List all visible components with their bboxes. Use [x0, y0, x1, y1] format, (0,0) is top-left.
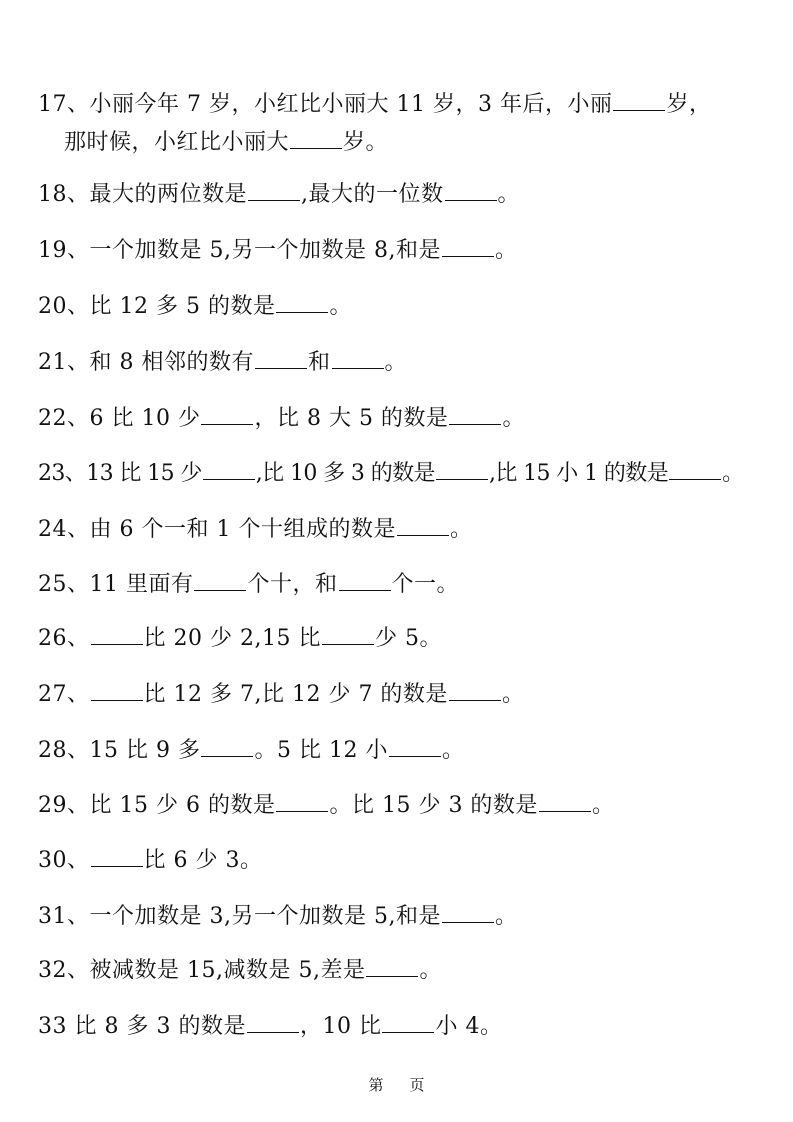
answer-blank[interactable]: [91, 622, 143, 645]
question-text: 。: [495, 238, 518, 263]
question-text: 27、: [38, 682, 90, 707]
question-text: 25、11 里面有: [38, 572, 193, 597]
question-text: 17、小丽今年 7 岁，小红比小丽大 11 岁，3 年后，小丽: [38, 92, 612, 117]
question-31: 31、一个加数是 3,另一个加数是 5,和是。: [38, 900, 517, 932]
answer-blank[interactable]: [539, 789, 591, 812]
question-text: 31、一个加数是 3,另一个加数是 5,和是: [38, 904, 441, 929]
question-22: 22、6 比 10 少，比 8 大 5 的数是。: [38, 402, 525, 434]
question-text: 。: [502, 406, 525, 431]
question-text: 。: [722, 461, 743, 486]
question-text: 小 4。: [435, 1014, 502, 1039]
answer-blank[interactable]: [449, 678, 501, 701]
answer-blank[interactable]: [322, 622, 374, 645]
question-30: 30、比 6 少 3。: [38, 844, 262, 876]
answer-blank[interactable]: [194, 568, 246, 591]
answer-blank[interactable]: [255, 346, 307, 369]
question-text: 33 比 8 多 3 的数是: [38, 1014, 246, 1039]
question-text: 29、比 15 少 6 的数是: [38, 793, 275, 818]
answer-blank[interactable]: [669, 457, 721, 480]
question-29: 29、比 15 少 6 的数是。比 15 少 3 的数是。: [38, 789, 614, 821]
question-text: 26、: [38, 626, 90, 651]
question-26: 26、比 20 少 2,15 比少 5。: [38, 622, 442, 654]
question-text: 22、6 比 10 少: [38, 406, 200, 431]
answer-blank[interactable]: [442, 234, 494, 257]
question-text: 21、和 8 相邻的数有: [38, 350, 254, 375]
question-text: 那时候，小红比小丽大: [64, 130, 289, 155]
question-23: 23、13 比 15 少,比 10 多 3 的数是,比 15 小 1 的数是。: [38, 457, 744, 489]
question-text: 个一。: [392, 572, 460, 597]
answer-blank[interactable]: [389, 734, 441, 757]
question-text: ,比 10 多 3 的数是: [256, 461, 435, 486]
question-18: 18、最大的两位数是,最大的一位数。: [38, 178, 520, 210]
answer-blank[interactable]: [276, 789, 328, 812]
question-text: 岁。: [343, 130, 388, 155]
answer-blank[interactable]: [397, 513, 449, 536]
question-19: 19、一个加数是 5,另一个加数是 8,和是。: [38, 234, 517, 266]
question-text: 。: [419, 958, 442, 983]
question-text: 18、最大的两位数是: [38, 182, 247, 207]
question-text: 比 6 少 3。: [144, 848, 263, 873]
answer-blank[interactable]: [613, 88, 665, 111]
answer-blank[interactable]: [91, 678, 143, 701]
question-21: 21、和 8 相邻的数有和。: [38, 346, 407, 378]
answer-blank[interactable]: [449, 402, 501, 425]
answer-blank[interactable]: [91, 844, 143, 867]
question-27: 27、比 12 多 7,比 12 少 7 的数是。: [38, 678, 524, 710]
question-text: 30、: [38, 848, 90, 873]
question-text: 比 12 多 7,比 12 少 7 的数是: [144, 682, 448, 707]
question-text: 。: [385, 350, 408, 375]
answer-blank[interactable]: [247, 1010, 299, 1033]
answer-blank[interactable]: [366, 954, 418, 977]
answer-blank[interactable]: [332, 346, 384, 369]
page-label-prefix: 第: [368, 1076, 383, 1094]
question-text: 20、比 12 多 5 的数是: [38, 294, 275, 319]
question-text: 个十，和: [247, 572, 337, 597]
question-20: 20、比 12 多 5 的数是。: [38, 290, 352, 322]
answer-blank[interactable]: [276, 290, 328, 313]
question-text: ,最大的一位数: [301, 182, 444, 207]
answer-blank[interactable]: [201, 402, 253, 425]
question-text: ，10 比: [300, 1014, 382, 1039]
question-text: ，比 8 大 5 的数是: [254, 406, 448, 431]
question-text: 28、15 比 9 多: [38, 738, 200, 763]
question-text: 。: [442, 738, 465, 763]
question-32: 32、被减数是 15,减数是 5,差是。: [38, 954, 442, 986]
question-text: 24、由 6 个一和 1 个十组成的数是: [38, 517, 396, 542]
answer-blank[interactable]: [248, 178, 300, 201]
question-text: 23、13 比 15 少: [38, 461, 202, 486]
question-text: 。比 15 少 3 的数是: [329, 793, 537, 818]
answer-blank[interactable]: [339, 568, 391, 591]
question-text: 19、一个加数是 5,另一个加数是 8,和是: [38, 238, 441, 263]
question-17: 17、小丽今年 7 岁，小红比小丽大 11 岁，3 年后，小丽岁， 那时候，小红…: [38, 88, 711, 158]
question-17-line-2: 那时候，小红比小丽大岁。: [38, 126, 711, 158]
question-text: 。: [495, 904, 518, 929]
answer-blank[interactable]: [201, 734, 253, 757]
question-text: 32、被减数是 15,减数是 5,差是: [38, 958, 365, 983]
page-footer: 第页: [0, 1074, 793, 1095]
question-33: 33 比 8 多 3 的数是，10 比小 4。: [38, 1010, 502, 1042]
answer-blank[interactable]: [442, 900, 494, 923]
question-text: 比 20 少 2,15 比: [144, 626, 321, 651]
question-text: 少 5。: [375, 626, 442, 651]
page-label-suffix: 页: [410, 1076, 425, 1094]
question-text: 和: [308, 350, 331, 375]
worksheet-page: 17、小丽今年 7 岁，小红比小丽大 11 岁，3 年后，小丽岁， 那时候，小红…: [0, 0, 793, 1122]
question-text: 岁，: [666, 92, 711, 117]
answer-blank[interactable]: [203, 457, 255, 480]
question-24: 24、由 6 个一和 1 个十组成的数是。: [38, 513, 472, 545]
question-25: 25、11 里面有个十，和个一。: [38, 568, 459, 600]
answer-blank[interactable]: [445, 178, 497, 201]
answer-blank[interactable]: [290, 126, 342, 149]
answer-blank[interactable]: [436, 457, 488, 480]
question-text: 。: [502, 682, 525, 707]
question-text: 。: [329, 294, 352, 319]
question-28: 28、15 比 9 多。5 比 12 小。: [38, 734, 464, 766]
question-text: 。: [498, 182, 521, 207]
question-text: 。: [450, 517, 473, 542]
question-text: 。: [592, 793, 615, 818]
answer-blank[interactable]: [382, 1010, 434, 1033]
question-text: ,比 15 小 1 的数是: [489, 461, 668, 486]
question-text: 。5 比 12 小: [254, 738, 387, 763]
